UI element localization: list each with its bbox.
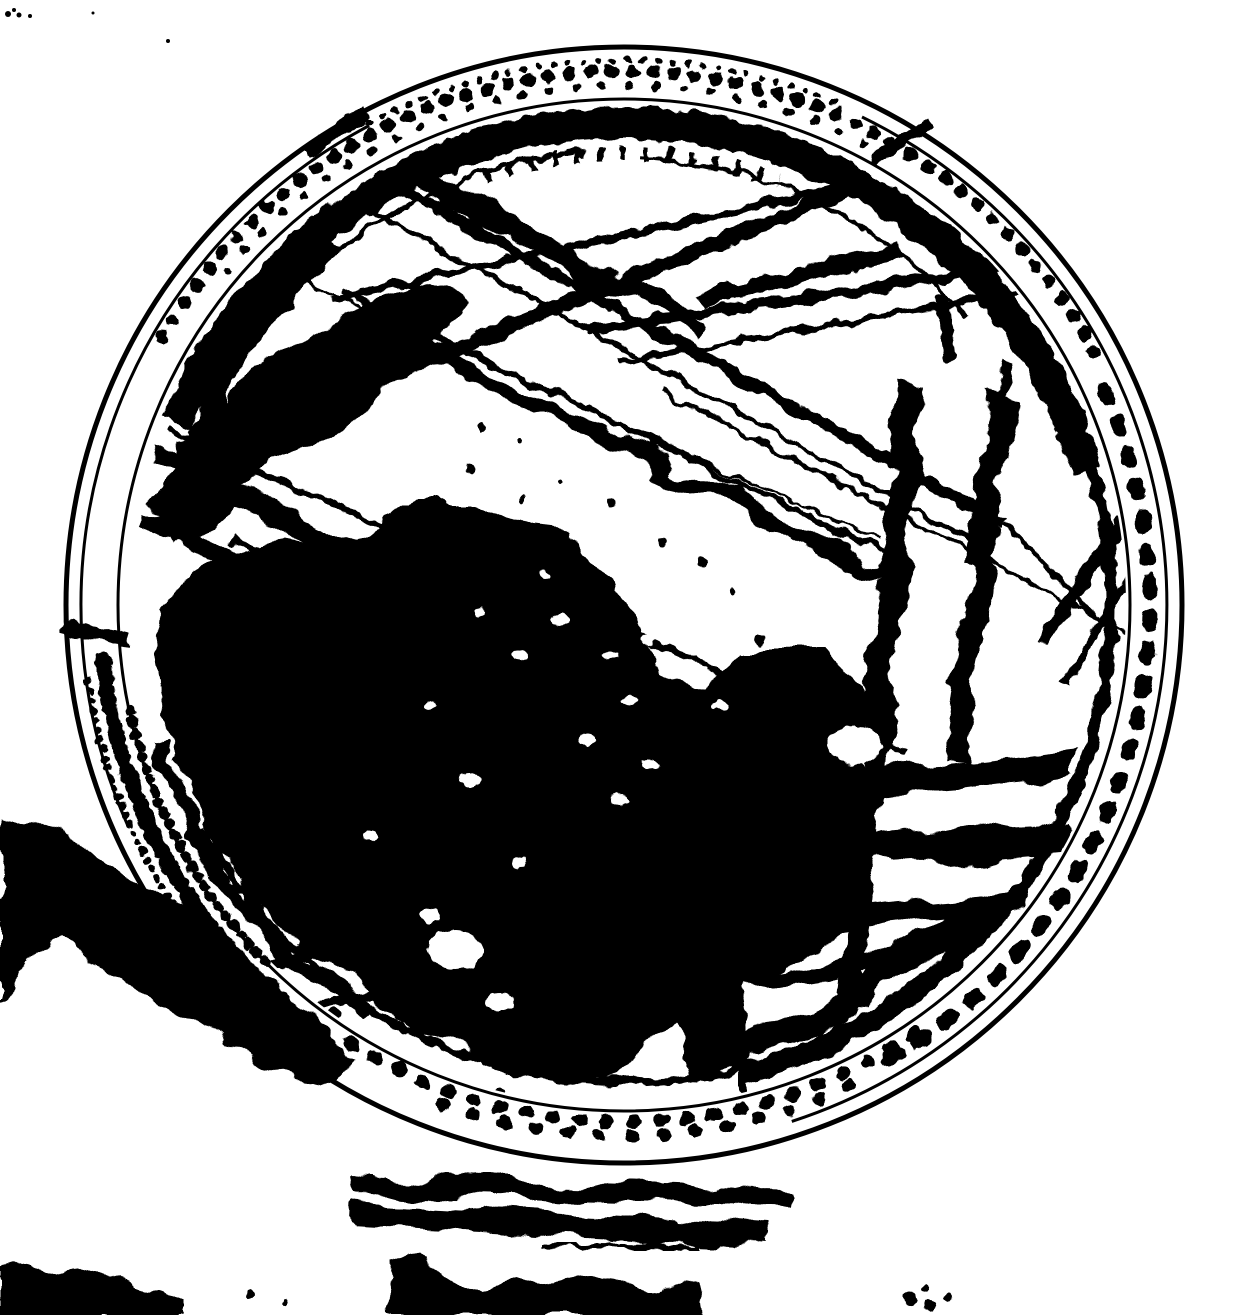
colony-dot [658,538,666,546]
residue-speck [246,1289,254,1297]
residue-speck [903,1291,917,1305]
colony-dot [518,496,526,504]
growth-highlight-hole [512,650,528,660]
growth-highlight-hole [622,695,638,705]
bottom-residue [390,1256,706,1315]
growth-highlight-hole [672,664,684,672]
growth-highlight-hole [712,700,728,710]
colony-dot [517,437,523,443]
petri-dish-photograph [0,0,1240,1315]
growth-highlight-hole [641,760,659,770]
growth-highlight-hole [602,650,618,660]
colony-dot [277,547,287,557]
colony-dot [559,479,565,485]
growth-highlight-hole [458,773,482,787]
dust-speck [17,13,22,18]
colony-dot [755,635,765,645]
colony-dot [387,557,397,567]
growth-highlight-hole [512,857,528,867]
smudge-line [545,1245,700,1248]
growth-highlight-hole [641,635,655,645]
streak-line [952,395,1005,760]
streak-dash [942,300,950,355]
residue-speck [282,1299,288,1305]
growth-highlight-hole [486,993,514,1011]
colony-dot [697,557,707,567]
growth-highlight-hole [551,614,569,626]
residue-speck [943,1292,953,1302]
growth-highlight-hole [420,908,440,922]
colony-dot [234,568,242,576]
dust-speck [12,8,16,12]
colony-dot [426,514,438,526]
growth-highlight-hole [427,930,483,970]
residue-speck [924,1300,936,1312]
colony-dot [297,637,307,647]
colony-dot [786,661,794,669]
smudge-band [350,1215,770,1238]
dust-speck [166,39,170,43]
colony-dot [478,424,486,432]
wall-drip-ticks [485,154,779,181]
droplet [698,1136,708,1146]
streak-mark-dot [311,941,329,959]
growth-highlight-hole [578,734,598,746]
agar-drip [733,985,741,1058]
growth-highlight-hole [474,608,486,616]
colony-dot [336,596,348,608]
growth-highlight-hole [611,794,629,806]
growth-highlight-hole [424,701,436,709]
dust-speck [92,12,95,15]
bottom-residue [0,1262,186,1315]
dust-speck [28,14,32,18]
growth-highlight-hole [363,830,377,840]
growth-highlight-hole [694,666,706,674]
smudge-band [355,1185,790,1198]
residue-speck [921,1286,929,1294]
growth-highlight-hole [539,571,551,579]
droplet [762,1058,770,1066]
colony-dot [608,498,616,506]
colony-dot [465,465,475,475]
growth-highlight-hole [829,725,881,765]
dust-speck [5,11,11,17]
colony-dot [194,604,202,612]
binarized-photo-canvas [0,0,1240,1315]
colony-dot [728,588,736,596]
